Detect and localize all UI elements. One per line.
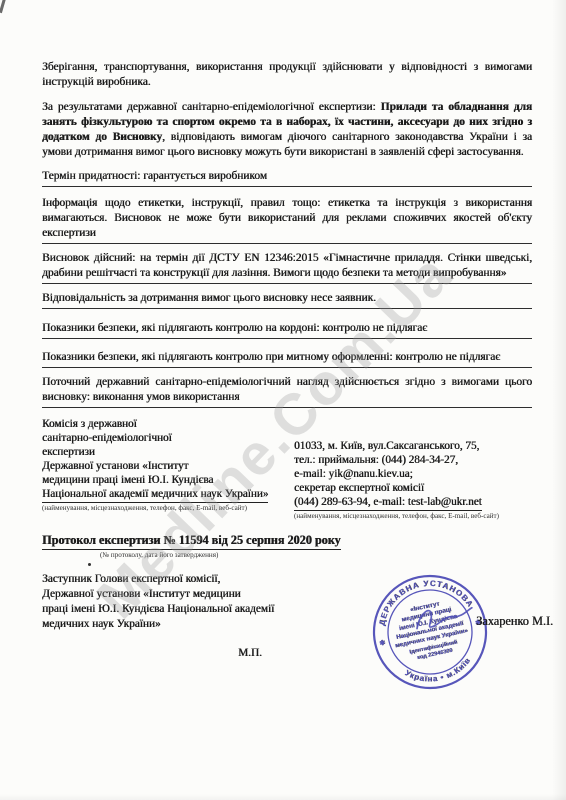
- protocol-title: Протокол експертизи № 11594 від 25 серпн…: [42, 533, 341, 550]
- labeling-info-text: Інформація щодо етикетки, інструкції, пр…: [42, 196, 532, 241]
- commission-line: Державної установи «Інститут: [42, 459, 294, 473]
- commission-contact-block: Комісія з державної санітарно-епідеміоло…: [42, 417, 532, 521]
- surveillance-text: Поточний державний санітарно-епідеміолог…: [42, 375, 532, 405]
- stamp-star-left-icon: ✱: [379, 638, 387, 647]
- shelf-life-section: Термін придатності: гарантується виробни…: [42, 169, 532, 187]
- signature-area: Заступник Голови експертної комісії, Дер…: [42, 572, 532, 800]
- scan-dot-artifact: [88, 563, 91, 566]
- contact-line-underlined: (044) 289-63-94, e-mail: test-lab@ukr.ne…: [294, 495, 482, 511]
- validity-section: Висновок дійсний: на термін дії ДСТУ EN …: [42, 251, 532, 284]
- commission-line-underlined: Національної академії медичних наук Укра…: [42, 487, 268, 503]
- signatory-line: праці імені Ю.І. Кундієва Національної а…: [42, 602, 352, 617]
- scanned-document-page: Medline.Com.Ua Зберігання, транспортуван…: [0, 0, 566, 800]
- contact-line: 01033, м. Київ, вул.Саксаганського, 75,: [294, 439, 532, 453]
- seal-placeholder-label: М.П.: [238, 646, 262, 661]
- labeling-info-section: Інформація щодо етикетки, інструкції, пр…: [42, 196, 532, 244]
- signatory-title-block: Заступник Голови експертної комісії, Дер…: [42, 572, 352, 632]
- protocol-block: Протокол експертизи № 11594 від 25 серпн…: [42, 531, 532, 560]
- official-round-stamp: ДЕРЖАВНА УСТАНОВА Україна • м.Київ ✱ ✱ «…: [370, 572, 490, 692]
- storage-paragraph: Зберігання, транспортування, використанн…: [42, 60, 532, 90]
- commission-line: експертизи: [42, 445, 294, 459]
- commission-left-note: (найменування, місцезнаходження, телефон…: [42, 504, 294, 513]
- border-control-text: Показники безпеки, які підлягають контро…: [42, 321, 532, 336]
- results-intro: За результатами державної санітарно-епід…: [42, 101, 381, 113]
- signer-name: Захаренко М.І.: [476, 614, 553, 629]
- commission-right-note: (найменування, місцезнаходження, телефон…: [294, 512, 532, 521]
- scan-edge-shade-right: [552, 0, 566, 800]
- customs-control-text: Показники безпеки, які підлягають контро…: [42, 350, 532, 365]
- scan-edge-shade-bottom: [0, 794, 566, 800]
- signatory-line: Заступник Голови експертної комісії,: [42, 572, 352, 587]
- shelf-life-text: Термін придатності: гарантується виробни…: [42, 169, 532, 184]
- signatory-line: Державної установи «Інститут медицини: [42, 587, 352, 602]
- contact-line: e-mail: yik@nanu.kiev.ua;: [294, 467, 532, 481]
- contact-line: секретар експертної комісії: [294, 481, 532, 495]
- commission-name-column: Комісія з державної санітарно-епідеміоло…: [42, 417, 294, 521]
- commission-line: Комісія з державної: [42, 417, 294, 431]
- contact-line: тел.: приймальня: (044) 284-34-27,: [294, 453, 532, 467]
- customs-control-section: Показники безпеки, які підлягають контро…: [42, 350, 532, 368]
- surveillance-section: Поточний державний санітарно-епідеміолог…: [42, 375, 532, 408]
- expertise-results-paragraph: За результатами державної санітарно-епід…: [42, 100, 532, 160]
- commission-address-column: 01033, м. Київ, вул.Саксаганського, 75, …: [294, 417, 532, 521]
- border-control-section: Показники безпеки, які підлягають контро…: [42, 321, 532, 339]
- document-content: Зберігання, транспортування, використанн…: [0, 0, 566, 800]
- commission-line: медицини праці імені Ю.І. Кундієва: [42, 473, 294, 487]
- responsibility-text: Відповідальність за дотримання вимог цьо…: [42, 291, 532, 306]
- validity-text: Висновок дійсний: на термін дії ДСТУ EN …: [42, 251, 532, 281]
- stamp-center-text: «Інститут медицини праці імені Ю.І. Кунд…: [388, 595, 472, 664]
- signatory-line: медичних наук України»: [42, 617, 352, 632]
- commission-line: санітарно-епідеміологічної: [42, 431, 294, 445]
- responsibility-section: Відповідальність за дотримання вимог цьо…: [42, 291, 532, 309]
- protocol-note: (№ протоколу, дата його затвердження): [100, 551, 532, 560]
